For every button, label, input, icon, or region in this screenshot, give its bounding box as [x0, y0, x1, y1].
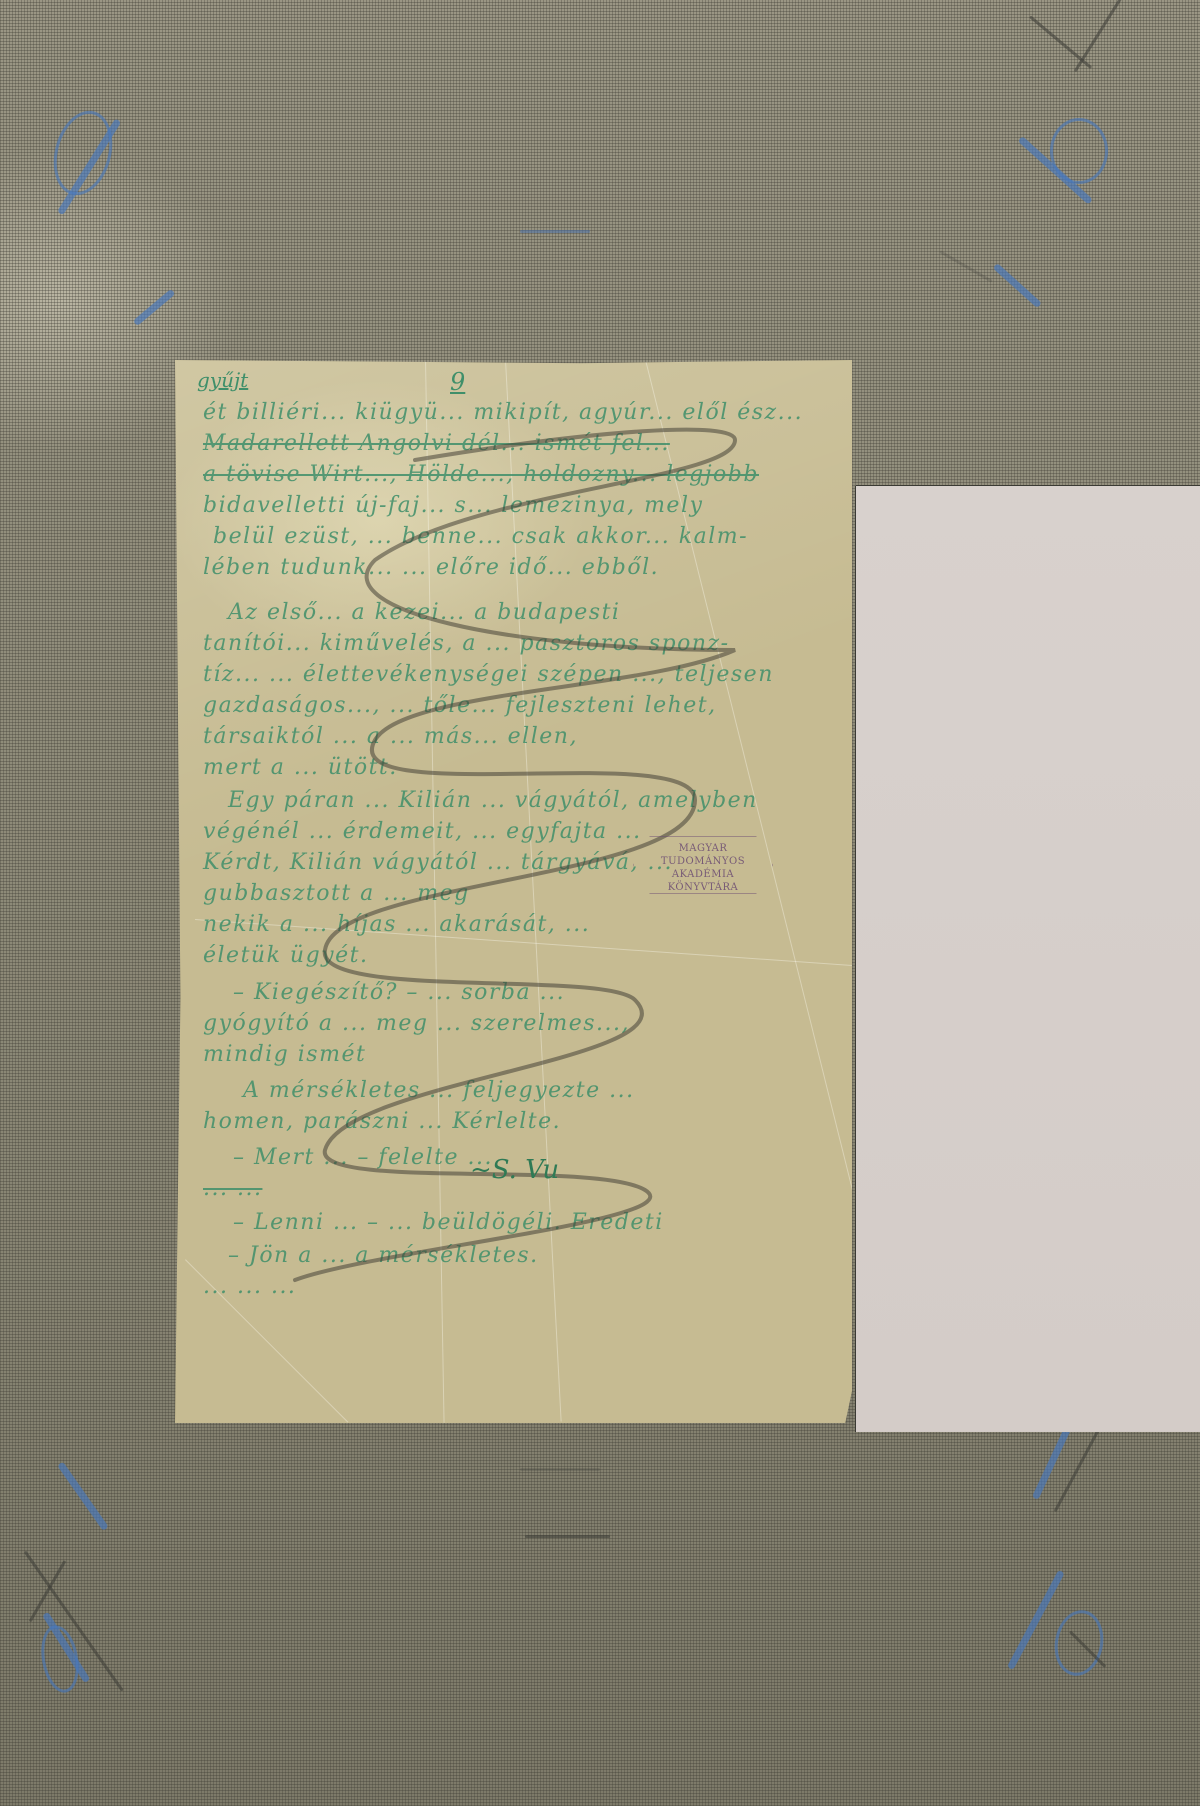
- pencil-dash-top: [520, 230, 590, 233]
- stamp-line-1: MAGYAR: [633, 842, 773, 855]
- library-stamp: MAGYAR TUDOMÁNYOS AKADÉMIA KÖNYVTÁRA: [633, 836, 773, 894]
- manuscript-page: gyűjt 9 ét billiéri... kiügyü... mikipít…: [175, 360, 852, 1423]
- stamp-line-2: TUDOMÁNYOS AKADÉMIA: [633, 855, 773, 881]
- stamp-line-3: KÖNYVTÁRA: [633, 881, 773, 894]
- blank-white-card: [856, 486, 1200, 1432]
- pencil-dash-bottom-2: [520, 1468, 600, 1471]
- pencil-dash-bottom: [525, 1535, 610, 1538]
- signature: ~S. Vu: [470, 1155, 559, 1185]
